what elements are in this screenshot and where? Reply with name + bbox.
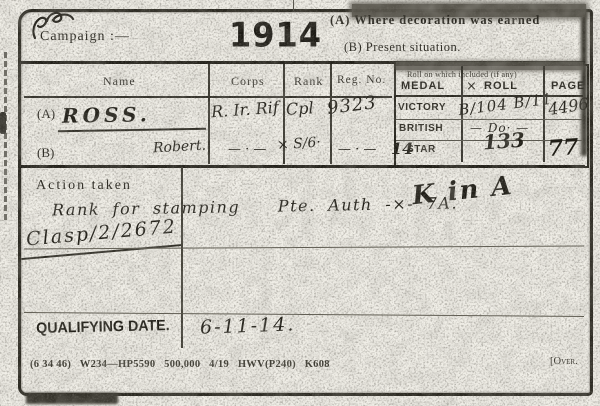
medal-index-card-scan: Campaign :— 1914 (A) Where decoration wa…	[0, 0, 600, 406]
rank-value: Cpl	[286, 98, 315, 118]
row-a-label: (A)	[37, 106, 55, 122]
forename-value: Robert.	[153, 138, 207, 157]
victory-medal-label: VICTORY	[398, 102, 446, 113]
star-medal-label: STAR	[407, 144, 436, 155]
column-header-corps: Corps	[231, 74, 265, 89]
roll-check-mark: ×	[466, 79, 477, 94]
decoration-earned-label: (A) Where decoration was earned	[330, 13, 540, 28]
medal-column-header: MEDAL	[401, 80, 445, 92]
present-situation-label: (B) Present situation.	[344, 40, 461, 55]
row-b-label: (B)	[37, 145, 54, 161]
reg-no-ditto-mark: — · —	[338, 142, 376, 157]
column-divider	[208, 64, 210, 164]
corps-ditto-mark: — · —	[228, 142, 266, 157]
torn-paper-mark	[0, 112, 6, 134]
roll-column-header: ROLL	[484, 80, 518, 92]
fold-crease	[293, 0, 294, 11]
british-medal-label: BRITISH	[399, 123, 443, 134]
torn-paper-edge	[4, 52, 7, 220]
star-page-value: 77	[547, 134, 579, 162]
medal-column-divider	[543, 66, 545, 162]
printer-code: (6 34 46) W234—HP5590 500,000 4/19 HWV(P…	[30, 359, 330, 370]
action-taken-label: Action taken	[36, 178, 132, 194]
column-header-rank: Rank	[294, 74, 323, 89]
campaign-year: 1914	[229, 15, 322, 55]
column-header-name: Name	[103, 74, 136, 89]
heavy-rule-middle	[21, 165, 585, 168]
qualifying-date-stamp: QUALIFYING DATE.	[36, 317, 170, 337]
over-note: [Over.	[550, 356, 578, 367]
medal-table-smudge	[396, 62, 583, 70]
star-roll-value: 133	[482, 128, 525, 155]
campaign-label: Campaign :—	[40, 29, 130, 45]
section-vertical-divider	[181, 167, 183, 348]
surname-value: ROSS.	[62, 102, 151, 128]
ink-smudge-bottom	[26, 393, 118, 404]
rank-amended-value: × S/6·	[276, 134, 321, 153]
medal-row-divider	[396, 119, 583, 120]
qualifying-date-value: 6-11-14.	[200, 313, 296, 338]
column-header-reg-no: Reg. No.	[337, 74, 386, 86]
